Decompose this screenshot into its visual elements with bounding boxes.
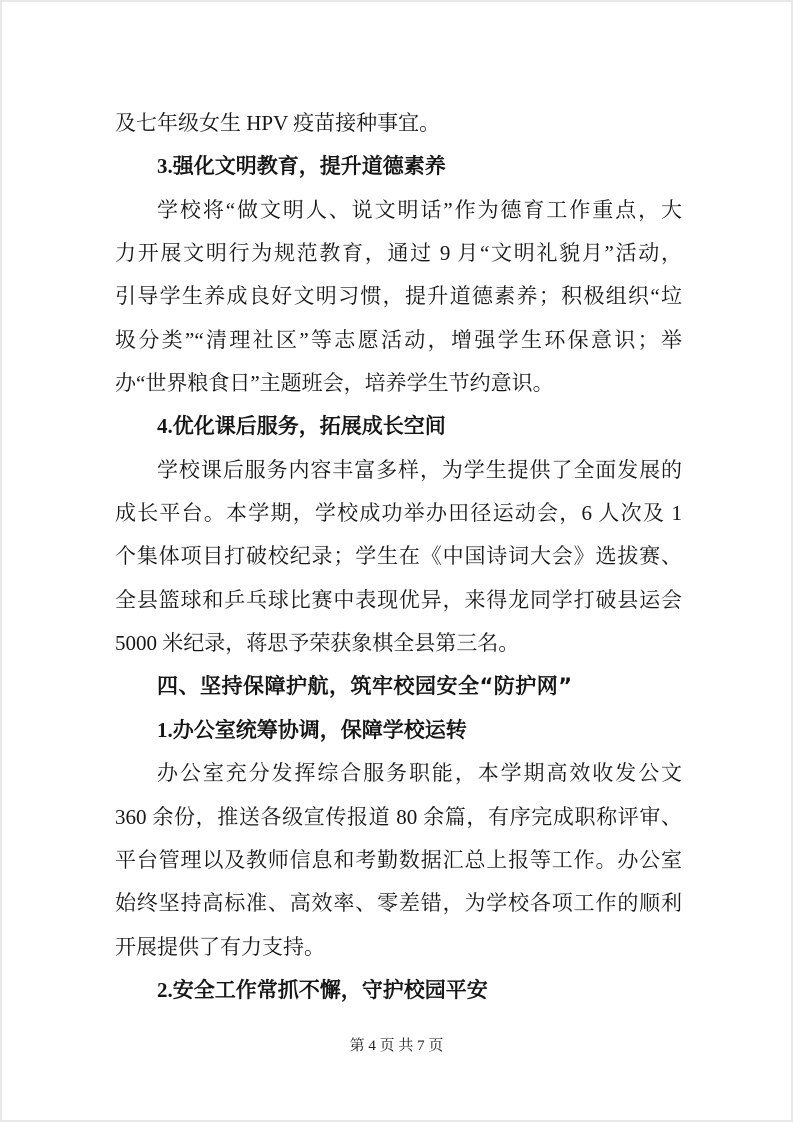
heading-line: 四、坚持保障护航，筑牢校园安全“防护网” bbox=[115, 665, 682, 708]
text-line: 及七年级女生 HPV 疫苗接种事宜。 bbox=[115, 102, 682, 145]
text-line: 力开展文明行为规范教育，通过 9 月“文明礼貌月”活动， bbox=[115, 232, 682, 275]
text-line: 成长平台。本学期，学校成功举办田径运动会，6 人次及 1 bbox=[115, 492, 682, 535]
text-line: 平台管理以及教师信息和考勤数据汇总上报等工作。办公室 bbox=[115, 839, 682, 882]
heading-line: 3.强化文明教育，提升道德素养 bbox=[115, 145, 682, 188]
text-line: 办“世界粮食日”主题班会，培养学生节约意识。 bbox=[115, 362, 682, 405]
text-line: 个集体项目打破校纪录；学生在《中国诗词大会》选拔赛、 bbox=[115, 535, 682, 578]
heading-line: 4.优化课后服务，拓展成长空间 bbox=[115, 405, 682, 448]
document-page: 及七年级女生 HPV 疫苗接种事宜。3.强化文明教育，提升道德素养学校将“做文明… bbox=[0, 0, 793, 1122]
page-number-label: 第 4 页 共 7 页 bbox=[350, 1038, 444, 1054]
text-line: 学校将“做文明人、说文明话”作为德育工作重点，大 bbox=[115, 189, 682, 232]
text-line: 全县篮球和乒乓球比赛中表现优异，来得龙同学打破县运会 bbox=[115, 579, 682, 622]
text-line: 办公室充分发挥综合服务职能，本学期高效收发公文 bbox=[115, 752, 682, 795]
text-line: 5000 米纪录，蒋思予荣获象棋全县第三名。 bbox=[115, 622, 682, 665]
page-footer: 第 4 页 共 7 页 bbox=[2, 1034, 791, 1055]
heading-line: 2.安全工作常抓不懈，守护校园平安 bbox=[115, 969, 682, 1012]
text-line: 圾分类”“清理社区”等志愿活动，增强学生环保意识；举 bbox=[115, 319, 682, 362]
document-body: 及七年级女生 HPV 疫苗接种事宜。3.强化文明教育，提升道德素养学校将“做文明… bbox=[115, 102, 682, 1012]
text-line: 开展提供了有力支持。 bbox=[115, 926, 682, 969]
heading-line: 1.办公室统筹协调，保障学校运转 bbox=[115, 709, 682, 752]
text-line: 学校课后服务内容丰富多样，为学生提供了全面发展的 bbox=[115, 449, 682, 492]
text-line: 引导学生养成良好文明习惯，提升道德素养；积极组织“垃 bbox=[115, 275, 682, 318]
text-line: 360 余份，推送各级宣传报道 80 余篇，有序完成职称评审、 bbox=[115, 796, 682, 839]
text-line: 始终坚持高标准、高效率、零差错，为学校各项工作的顺利 bbox=[115, 882, 682, 925]
